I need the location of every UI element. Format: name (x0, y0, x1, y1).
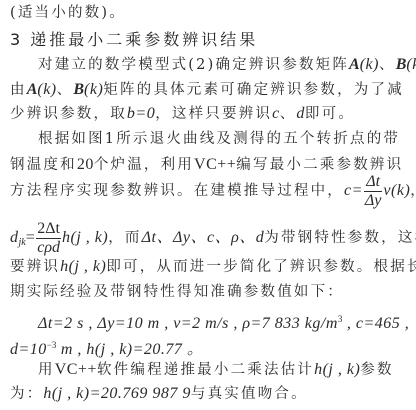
math-arg: (k) (84, 81, 103, 98)
math-h: h(j , k) (62, 229, 108, 246)
text-fragment: 对建立的数学模型式(2)确定辨识参数矩阵 (38, 57, 349, 73)
math-arg: (k) (406, 56, 416, 73)
paragraph-2-line-6: 期实际经验及带钢特性得知准确参数值如下： (10, 282, 406, 302)
math-b-zero: b=0 (127, 105, 155, 122)
fraction: ΔtΔy (364, 173, 383, 210)
math-h: h(j , k) (60, 258, 106, 275)
parameter-values-line-2: d=10−3 m , h(j , k)=20.77 。 (10, 335, 406, 360)
matrix-a: A (27, 81, 38, 98)
text-fragment: 矩阵的具体元素可确定辨识参数，为了减 (103, 82, 404, 98)
fraction-denominator: cρd (36, 239, 61, 257)
paragraph-2-line-3: 方法程序实现参数辨识。在建模推导过程中，c=ΔtΔyv(k)， (10, 172, 406, 210)
fraction: 2Δtcρd (36, 220, 61, 257)
section-number: 3 (10, 30, 20, 49)
math-vk: v(k) (383, 182, 410, 199)
subscript: jk (19, 237, 26, 248)
text-fragment: 少辨识参数，取 (10, 106, 127, 122)
paragraph-1-line-3: 少辨识参数，取b=0，这样只要辨识c、d即可。 (10, 104, 406, 124)
fraction-numerator: Δt (364, 173, 383, 192)
separator: 、 (57, 82, 74, 98)
text-fragment: 个炉温，利用 (94, 157, 194, 173)
fraction-numerator: 2Δt (36, 220, 61, 239)
parameter-values-line-1: Δt=2 s , Δy=10 m , v=2 m/s , ρ=7 833 kg/… (38, 309, 406, 334)
math-c-eq: c= (344, 182, 363, 199)
text-fragment: (适当小的数)。 (10, 5, 126, 21)
text-line: (适当小的数)。 (10, 3, 406, 23)
superscript: −3 (47, 340, 57, 350)
paragraph-2-line-5: 要辨识h(j , k)即可，从而进一步简化了辨识参数。根据长 (10, 257, 406, 277)
matrix-b: B (73, 81, 84, 98)
text-fragment: ，而 (108, 230, 141, 246)
text-fragment: 为带钢特性参数，这样只 (264, 230, 416, 246)
document-page: (适当小的数)。 3递推最小二乘参数辨识结果 对建立的数学模型式(2)确定辨识参… (0, 0, 416, 410)
math-arg: (k) (360, 56, 379, 73)
separator: 、 (379, 57, 396, 73)
parameter-values: m , h(j , k)=20.77 。 (56, 341, 203, 358)
text-fragment: 要辨识 (10, 259, 60, 275)
fraction-denominator: Δy (364, 192, 383, 210)
text-fragment: 方法程序实现参数辨识。在建模推导过程中， (10, 183, 344, 199)
text-fragment: ， (410, 183, 416, 199)
text-fragment: 即可，从而进一步简化了辨识参数。根据长 (106, 259, 416, 275)
text-fragment: 编写最小二乘参数辨识 (236, 157, 403, 173)
parameter-values: , c=465 , (342, 315, 409, 332)
text-fragment: 参数 (360, 362, 393, 378)
text-fragment: 与真实值吻合。 (191, 386, 308, 402)
separator: 、 (280, 106, 297, 122)
math-arg: (k) (37, 81, 56, 98)
paragraph-3-line-1: 用VC++软件编程递推最小二乘法估计h(j , k)参数 (38, 360, 406, 380)
text-fragment: 软件编程递推最小二乘法估计 (97, 362, 314, 378)
text-fragment: 为： (10, 386, 43, 402)
text-fragment: 用 (38, 362, 55, 378)
text-fragment: ，这样只要辨识 (155, 106, 272, 122)
paragraph-2-line-1: 根据如图1所示退火曲线及测得的五个转折点的带 (38, 129, 406, 149)
parameter-values: d=10 (10, 341, 47, 358)
software-name: VC++ (194, 156, 236, 173)
math-d: d (296, 105, 305, 122)
text-fragment: 由 (10, 82, 27, 98)
paragraph-1-line-1: 对建立的数学模型式(2)确定辨识参数矩阵A(k)、B(k)。 (38, 55, 406, 75)
matrix-b: B (396, 56, 407, 73)
text-fragment: 根据如图1所示退火曲线及测得的五个转折点的带 (38, 131, 400, 147)
paragraph-2-line-4: djk=2Δtcρdh(j , k)，而Δt、Δy、c、ρ、d为带钢特性参数，这… (10, 219, 406, 262)
text-fragment: 期实际经验及带钢特性得知准确参数值如下： (10, 284, 344, 300)
math-h: h(j , k) (314, 361, 360, 378)
parameter-values: Δt=2 s , Δy=10 m , v=2 m/s , ρ=7 833 kg/… (38, 315, 338, 332)
software-name: VC++ (55, 361, 97, 378)
text-fragment: 钢温度和 (10, 157, 77, 173)
math-d: d (10, 229, 19, 246)
text-fragment: 即可。 (305, 106, 355, 122)
equals: = (26, 229, 36, 246)
math-c: c (272, 105, 280, 122)
section-title: 递推最小二乘参数辨识结果 (30, 30, 258, 49)
matrix-a: A (349, 56, 360, 73)
estimated-value: h(j , k)=20.769 987 9 (43, 385, 191, 402)
paragraph-1-line-2: 由A(k)、B(k)矩阵的具体元素可确定辨识参数，为了减 (10, 80, 406, 100)
number: 20 (77, 156, 94, 173)
section-heading: 3递推最小二乘参数辨识结果 (10, 30, 406, 50)
paragraph-3-line-2: 为：h(j , k)=20.769 987 9与真实值吻合。 (10, 384, 406, 404)
math-params: Δt、Δy、c、ρ、d (142, 229, 265, 246)
